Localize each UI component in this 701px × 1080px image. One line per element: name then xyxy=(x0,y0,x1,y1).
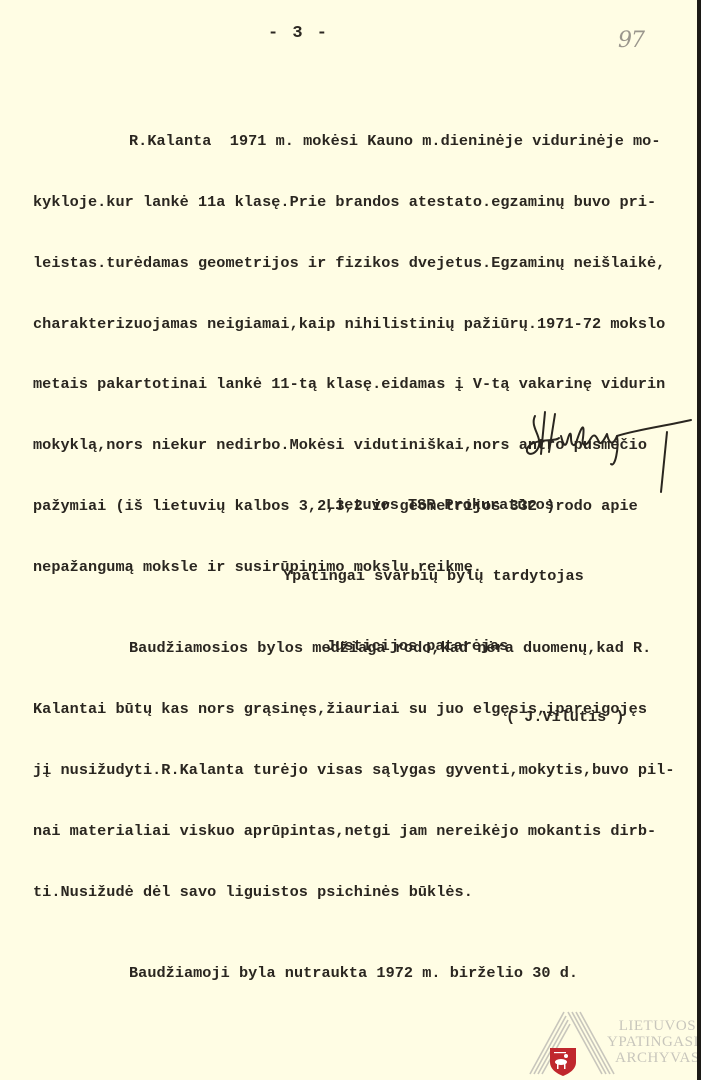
watermark-line: ARCHYVAS xyxy=(607,1050,701,1066)
archive-watermark: LIETUVOS YPATINGASIS ARCHYVAS xyxy=(607,1018,701,1066)
text-line: metais pakartotinai lankė 11-tą klasę.ei… xyxy=(33,374,673,394)
text-line: kykloje.kur lankė 11a klasę.Prie brandos… xyxy=(33,192,673,212)
signatory-name: ( J.Vilutis ) xyxy=(283,706,624,730)
text-line: charakterizuojamas neigiamai,kaip nihili… xyxy=(33,314,673,334)
folio-number: 97 xyxy=(618,28,644,53)
text-line: ti.Nusižudė dėl savo liguistos psichinės… xyxy=(33,882,673,902)
watermark-line: YPATINGASIS xyxy=(607,1034,701,1050)
signatory-position: Ypatingai svarbių bylų tardytojas xyxy=(283,565,624,589)
signature-block: Lietuvos TSR Prokuratūros Ypatingai svar… xyxy=(283,447,624,776)
text-line: Baudžiamoji byla nutraukta 1972 m. birže… xyxy=(33,963,673,983)
text-line: leistas.turėdamas geometrijos ir fizikos… xyxy=(33,253,673,273)
text-line: nai materialiai viskuo aprūpintas,netgi … xyxy=(33,821,673,841)
scan-edge xyxy=(697,0,701,1080)
document-page: - 3 - 97 R.Kalanta 1971 m. mokėsi Kauno … xyxy=(0,0,697,1080)
signatory-organization: Lietuvos TSR Prokuratūros xyxy=(283,494,624,518)
text-line: R.Kalanta 1971 m. mokėsi Kauno m.dieninė… xyxy=(33,131,673,151)
signatory-rank: Justicijos patarėjas xyxy=(283,635,624,659)
page-number: - 3 - xyxy=(268,24,329,43)
watermark-line: LIETUVOS xyxy=(607,1018,701,1034)
